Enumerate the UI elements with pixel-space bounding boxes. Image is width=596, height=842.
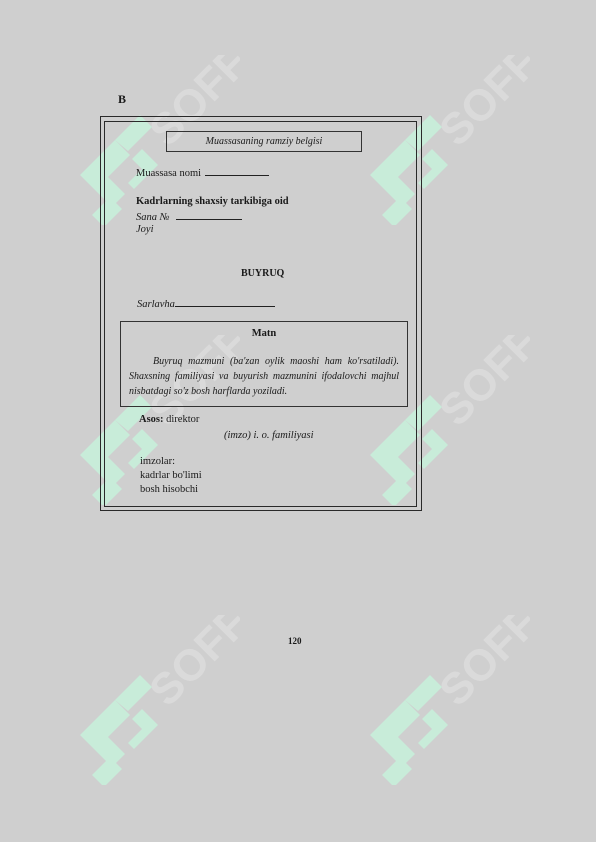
title-row: Sarlavha xyxy=(137,297,275,310)
title-label: Sarlavha xyxy=(137,299,175,310)
page-number: 120 xyxy=(288,636,302,646)
section-letter: B xyxy=(118,92,126,107)
institution-name-row: Muassasa nomi xyxy=(136,166,269,179)
title-blank xyxy=(175,297,275,307)
institution-name-label: Muassasa nomi xyxy=(136,168,201,179)
institution-symbol-box: Muassasaning ramziy belgisi xyxy=(166,131,362,152)
document-page: B Muassasaning ramziy belgisi Muassasa n… xyxy=(0,0,596,842)
text-box-heading: Matn xyxy=(121,328,407,339)
date-number-blank xyxy=(176,210,242,220)
signatory-item: bosh hisobchi xyxy=(140,484,198,495)
institution-name-blank xyxy=(205,166,269,176)
signature-caption: (imzo) i. o. familiyasi xyxy=(224,430,314,441)
text-box: Matn Buyruq mazmuni (ba'zan oylik maoshi… xyxy=(120,321,408,407)
text-box-body: Buyruq mazmuni (ba'zan oylik maoshi ham … xyxy=(129,354,399,399)
signatures-label: imzolar: xyxy=(140,456,175,467)
basis-row: Asos: direktor xyxy=(139,414,199,425)
symbol-box-label: Muassasaning ramziy belgisi xyxy=(206,136,323,147)
date-number-row: Sana № xyxy=(136,210,242,223)
basis-label: Asos: xyxy=(139,414,164,425)
signatory-item: kadrlar bo'limi xyxy=(140,470,202,481)
document-type: BUYRUQ xyxy=(241,268,284,279)
subject-heading: Kadrlarning shaxsiy tarkibiga oid xyxy=(136,196,289,207)
date-number-label: Sana № xyxy=(136,212,170,223)
basis-value: direktor xyxy=(166,414,199,425)
place-label: Joyi xyxy=(136,224,154,235)
